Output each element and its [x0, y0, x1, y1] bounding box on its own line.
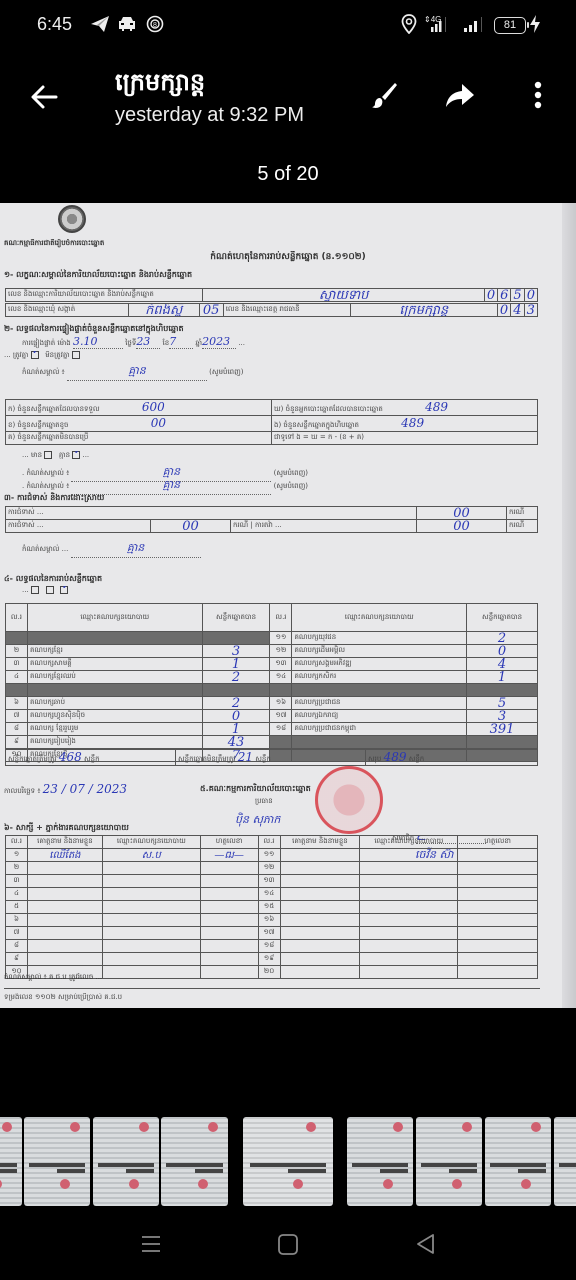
thumbnail[interactable]	[347, 1117, 413, 1206]
witness-row: ៩១៩	[6, 953, 538, 966]
chat-title: ក្រេមក្សាន្ត	[115, 67, 205, 102]
official-seal-stamp	[315, 766, 383, 834]
section2-time-line: ការផ្ទៀងផ្ទាត់ ម៉ោង 3.10 ថ្ងៃទី23 ខែ7 ឆ្…	[22, 335, 542, 349]
app-bar: ក្រេមក្សាន្ត yesterday at 9:32 PM	[0, 55, 576, 140]
home-button[interactable]	[276, 1232, 300, 1260]
section1-heading: ១- លក្ខណៈសម្គាល់នៃការិយាល័យបោះឆ្នោត និងរ…	[4, 269, 192, 281]
section2-checkbox-line: ... ត្រូវគ្នា ✓ មិនត្រូវគ្នា	[4, 351, 80, 361]
thumbnail-selected[interactable]	[243, 1117, 333, 1206]
witness-row: ១ឈើតែងស.ប—ឍ—១១	[6, 849, 538, 862]
section1-table-row2: លេខ និងឈ្មោះឃុំ សង្កាត់ កំពង់ស្ពឺ 05 លេខ…	[5, 303, 538, 317]
vote-count: 1	[202, 658, 270, 671]
vote-count: 2	[202, 697, 270, 710]
results-row: ១១គណបក្សយុវជន2	[6, 632, 538, 645]
location-icon	[401, 14, 417, 34]
section3-heading: ៣- ការជំទាស់ និងការដោះស្រាយ	[4, 492, 104, 504]
witness-table: ល.រ គោត្តនាម និងនាមខ្លួន ឈ្មោះគណបក្សនយោប…	[5, 835, 538, 979]
section3-note: កំណត់សម្គាល់ ... គ្មាន	[22, 541, 201, 558]
charging-icon	[529, 14, 541, 34]
row1-value: ស្វាយទាប	[203, 289, 485, 302]
car-icon	[117, 14, 137, 34]
results-row: ៩គណបក្សរៀបរៀង43	[6, 736, 538, 749]
thumbnail[interactable]	[161, 1117, 228, 1206]
system-nav-bar	[0, 1210, 576, 1280]
section5-heading: ៦- សាក្សី + ភ្នាក់ងារគណបក្សនយោបាយ	[4, 822, 129, 834]
results-row	[6, 684, 538, 697]
section4-options-line: ... ✓	[22, 586, 68, 594]
vote-count	[202, 684, 270, 697]
section2-heading: ២- លទ្ធផលនៃការផ្ទៀងផ្ទាត់ចំនួនសន្លឹកឆ្នោ…	[4, 323, 184, 335]
section2-counts-table: ក) ចំនួនសន្លឹកឆ្នោតដែលបានទទួល 600 ឃ) ចំន…	[5, 399, 538, 445]
date-line: កាលបរិច្ឆេទ ៖ 23 / 07 / 2023	[4, 782, 127, 797]
vote-count	[467, 684, 538, 697]
vote-count: 3	[202, 645, 270, 658]
checkbox-mismatch	[72, 351, 80, 359]
more-options-button[interactable]	[520, 77, 556, 113]
results-row: ៦គណបក្សឆាប់2១៦គណបក្សប្រជាជន5	[6, 697, 538, 710]
recents-button[interactable]	[139, 1232, 163, 1260]
vote-count: 391	[467, 723, 538, 736]
square-icon	[276, 1232, 300, 1256]
committee-label: ៥.គណៈកម្មការការិយាល័យបោះឆ្នោត	[200, 783, 311, 795]
vote-count: 0	[202, 710, 270, 723]
brush-icon	[366, 77, 402, 113]
vote-count: 1	[467, 671, 538, 684]
footnote-1: កំណត់សម្គាល់ ៖ គ.ជ.ប ត្រូវរំលេច ...	[4, 973, 102, 983]
vote-count	[467, 736, 538, 749]
section4-heading: ៤- លទ្ធផលនៃការរាប់សន្លឹកឆ្នោត	[4, 573, 102, 585]
share-button[interactable]	[442, 77, 478, 113]
witness-row: ៨១៨	[6, 940, 538, 953]
results-row: ៣គណបក្សសាមគ្គី1១៣គណបក្សសង្គមអភិវឌ្ឍ4	[6, 658, 538, 671]
footnote-2: ទម្រង់លេខ ១១០២ សម្រាប់ប្រើប្រាស់ គ.ជ.ប	[4, 993, 122, 1003]
thumbnail[interactable]	[93, 1117, 159, 1206]
section2-note-line: កំណត់សម្គាល់ ៖ គ្មាន (សូមបំពេញ)	[22, 364, 244, 381]
witness-row: ២១២	[6, 862, 538, 875]
vote-count: 2	[467, 632, 538, 645]
footnote-divider	[4, 988, 540, 989]
edit-button[interactable]	[366, 77, 402, 113]
vote-count: 43	[202, 736, 270, 749]
notification-badge-icon: 8	[146, 14, 164, 34]
results-row: ៤គណបក្សខ្មែរឈប់2១៤គណបក្សកសិករ1	[6, 671, 538, 684]
forward-icon	[442, 77, 478, 113]
vote-count: 3	[467, 710, 538, 723]
arrow-left-icon	[26, 79, 62, 115]
thumbnail[interactable]	[24, 1117, 90, 1206]
org-header: គណៈកម្មាធិការជាតិរៀបចំការបោះឆ្នោត	[4, 239, 104, 249]
thumbnail[interactable]	[485, 1117, 551, 1206]
witness-row: ៦១៦	[6, 914, 538, 927]
results-table: ល.រ ឈ្មោះគណបក្សនយោបាយ សន្លឹកឆ្នោតបាន ល.រ…	[5, 603, 538, 762]
emblem-logo	[58, 205, 86, 233]
witness-row: ៤១៤	[6, 888, 538, 901]
form-title: កំណត់ហេតុនៃការរាប់សន្លឹកឆ្នោត (ន.១១០២)	[0, 251, 576, 264]
document-photo[interactable]: គណៈកម្មាធិការជាតិរៀបចំការបោះឆ្នោត កំណត់ហ…	[0, 203, 576, 1008]
status-bar: 6:45 8 ⇕4G 81	[0, 0, 576, 52]
section1-table: លេខ និងឈ្មោះការិយាល័យបោះឆ្នោត និងរាប់សន្…	[5, 288, 538, 302]
4g-signal-icon: ⇕4G	[424, 14, 454, 34]
back-button[interactable]	[26, 79, 62, 115]
status-time: 6:45	[37, 14, 72, 35]
telegram-icon	[90, 14, 110, 34]
vote-count: 2	[202, 671, 270, 684]
thumbnail[interactable]	[0, 1117, 22, 1206]
photo-edge-shadow	[562, 203, 576, 1008]
signal-icon	[462, 14, 488, 34]
witness-row: ៧១៧	[6, 927, 538, 940]
menu-lines-icon	[139, 1232, 163, 1256]
battery-icon: 81	[494, 17, 526, 34]
thumbnail-strip[interactable]	[0, 1117, 576, 1207]
triangle-back-icon	[414, 1232, 438, 1256]
thumbnail[interactable]	[554, 1117, 576, 1206]
svg-text:8: 8	[153, 22, 157, 29]
timestamp: yesterday at 9:32 PM	[115, 104, 304, 127]
vote-count: 4	[467, 658, 538, 671]
svg-text:⇕4G: ⇕4G	[424, 15, 441, 24]
nav-back-button[interactable]	[414, 1232, 438, 1260]
row1-label: លេខ និងឈ្មោះការិយាល័យបោះឆ្នោត និងរាប់សន្…	[6, 289, 203, 302]
results-row: ៧គណបក្សហ្វុនស៊ិនប៉ិច0១៧គណបក្សឯករាជ្យ3	[6, 710, 538, 723]
checkbox-match-checked: ✓	[31, 351, 39, 359]
chief-signature: ប៉ិន សុភាក	[235, 813, 280, 829]
thumbnail[interactable]	[416, 1117, 482, 1206]
witness-row: ៣១៣	[6, 875, 538, 888]
image-position-counter: 5 of 20	[0, 163, 576, 186]
vote-count: 0	[467, 645, 538, 658]
totals-table: សន្លឹកឆ្នោតត្រឹមត្រូវ 468 សន្លឹក សន្លឹកឆ…	[5, 749, 538, 766]
vote-count: 1	[202, 723, 270, 736]
witness-row: ៥១៥	[6, 901, 538, 914]
results-row: ២គណបក្សខ្មែរ3១២គណបក្សដើមអម្ពិល0	[6, 645, 538, 658]
section2-options-line: ... មាន គ្មាន ✓ ...	[22, 451, 89, 461]
vote-count: 5	[467, 697, 538, 710]
section3-table: ការជំទាស់ ... 00 ករណី ការជំទាស់ ... 00 ក…	[5, 506, 538, 533]
vote-count	[202, 632, 270, 645]
more-vert-icon	[520, 77, 556, 113]
results-row: ៨គណបក្ស ខ្មែររួបរួម1១៨គណបក្សប្រជាជនកម្ពុ…	[6, 723, 538, 736]
